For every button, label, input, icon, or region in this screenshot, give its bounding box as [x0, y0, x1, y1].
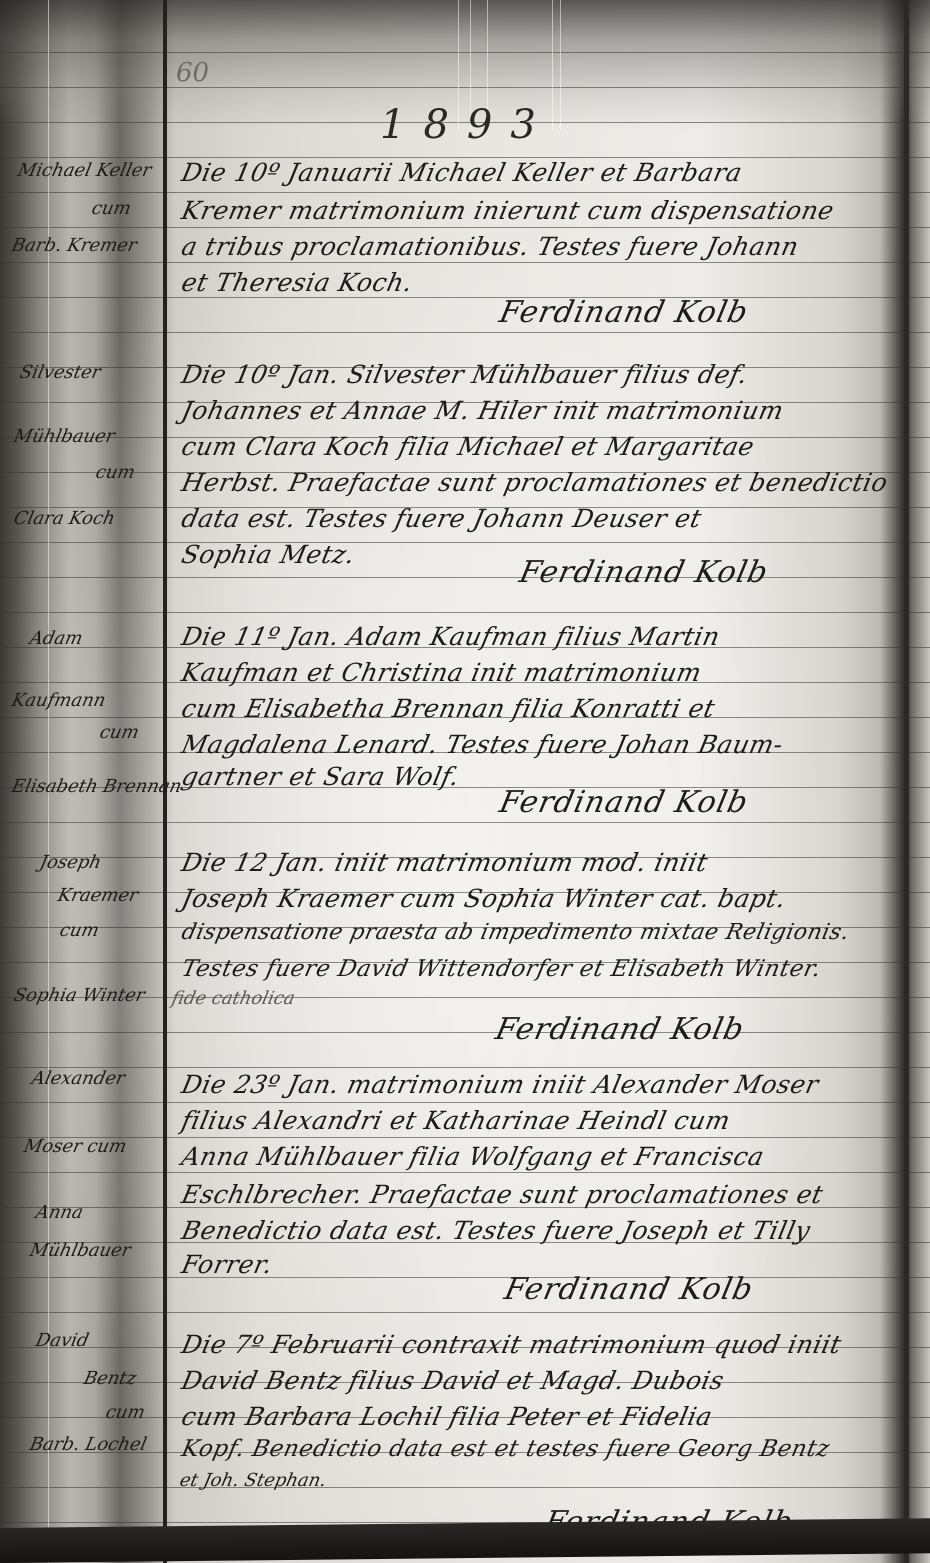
margin-name: Bentz: [82, 1368, 139, 1389]
priest-signature: Ferdinand Kolb: [496, 295, 751, 330]
margin-name: Moser cum: [22, 1136, 129, 1157]
entry-line: Die 11º Jan. Adam Kaufman filius Martin: [179, 622, 723, 651]
margin-name: Sophia Winter: [12, 985, 147, 1006]
entry-line: Kaufman et Christina init matrimonium: [179, 658, 704, 687]
priest-signature: Ferdinand Kolb: [492, 1012, 747, 1047]
margin-name: Joseph: [38, 852, 104, 873]
margin-name: cum: [98, 722, 141, 743]
margin-name: David: [34, 1330, 91, 1351]
entry-line: cum Barbara Lochil filia Peter et Fideli…: [179, 1402, 715, 1431]
entry-line: Magdalena Lenard. Testes fuere Johan Bau…: [179, 730, 786, 759]
margin-name: Barb. Lochel: [28, 1434, 149, 1455]
entry-line: a tribus proclamationibus. Testes fuere …: [179, 232, 802, 261]
priest-signature: Ferdinand Kolb: [501, 1272, 756, 1307]
margin-name: Michael Keller: [16, 160, 154, 181]
entry-line: Eschlbrecher. Praefactae sunt proclamati…: [179, 1180, 826, 1209]
scanned-register-page: 60 1893 Michael Keller cum Barb. Kremer …: [0, 0, 930, 1563]
margin-name: Silvester: [18, 362, 103, 383]
entry-line: Die 12 Jan. iniit matrimonium mod. iniit: [179, 848, 711, 877]
margin-name: Anna: [34, 1202, 85, 1223]
entry-line: Die 7º Februarii contraxit matrimonium q…: [179, 1330, 844, 1359]
margin-name: Mühlbauer: [28, 1240, 133, 1261]
entry-line: Forrer.: [179, 1250, 276, 1279]
entry-line: et Joh. Stephan.: [178, 1470, 329, 1491]
entry-line: Testes fuere David Wittendorfer et Elisa…: [179, 956, 823, 982]
margin-name: Adam: [28, 628, 85, 649]
margin-name: Kaufmann: [10, 690, 108, 711]
margin-name: Mühlbauer: [12, 426, 117, 447]
margin-note: fide catholica: [170, 988, 297, 1009]
entry-line: gartner et Sara Wolf.: [179, 762, 462, 791]
margin-name: cum: [90, 198, 133, 219]
entry-line: dispensatione praesta ab impedimento mix…: [179, 920, 851, 945]
entry-line: cum Clara Koch filia Michael et Margarit…: [179, 432, 757, 461]
margin-name: cum: [94, 462, 137, 483]
page-number: 60: [176, 58, 209, 88]
entry-line: David Bentz filius David et Magd. Dubois: [179, 1366, 727, 1395]
priest-signature: Ferdinand Kolb: [516, 555, 771, 590]
entry-line: Kremer matrimonium inierunt cum dispensa…: [179, 196, 837, 225]
margin-name: Barb. Kremer: [10, 235, 139, 256]
page-edge-rule: [904, 0, 909, 1563]
entry-line: Kopf. Benedictio data est et testes fuer…: [179, 1436, 832, 1462]
entry-line: Die 10º Jan. Silvester Mühlbauer filius …: [179, 360, 751, 389]
entry-line: Die 23º Jan. matrimonium iniit Alexander…: [179, 1070, 822, 1099]
priest-signature: Ferdinand Kolb: [496, 785, 751, 820]
margin-name: Alexander: [30, 1068, 127, 1089]
entry-line: Sophia Metz.: [179, 540, 358, 569]
entry-line: Benedictio data est. Testes fuere Joseph…: [179, 1216, 813, 1245]
entry-line: Herbst. Praefactae sunt proclamationes e…: [179, 468, 891, 497]
entry-line: filius Alexandri et Katharinae Heindl cu…: [179, 1106, 733, 1135]
entry-line: Anna Mühlbauer filia Wolfgang et Francis…: [179, 1142, 767, 1171]
entry-line: Joseph Kraemer cum Sophia Winter cat. ba…: [179, 884, 789, 913]
margin-name: cum: [58, 920, 101, 941]
entry-line: Die 10º Januarii Michael Keller et Barba…: [179, 158, 745, 187]
entry-line: data est. Testes fuere Johann Deuser et: [179, 504, 704, 533]
register-year: 1893: [380, 102, 554, 148]
margin-name: Elisabeth Brennan: [10, 776, 184, 797]
entry-line: et Theresia Koch.: [179, 268, 416, 297]
entry-line: Johannes et Annae M. Hiler init matrimon…: [179, 396, 787, 425]
margin-name: Kraemer: [56, 885, 140, 906]
scan-streak: [560, 0, 561, 130]
margin-name: cum: [104, 1402, 147, 1423]
entry-line: cum Elisabetha Brennan filia Konratti et: [179, 694, 718, 723]
margin-name: Clara Koch: [12, 508, 117, 529]
